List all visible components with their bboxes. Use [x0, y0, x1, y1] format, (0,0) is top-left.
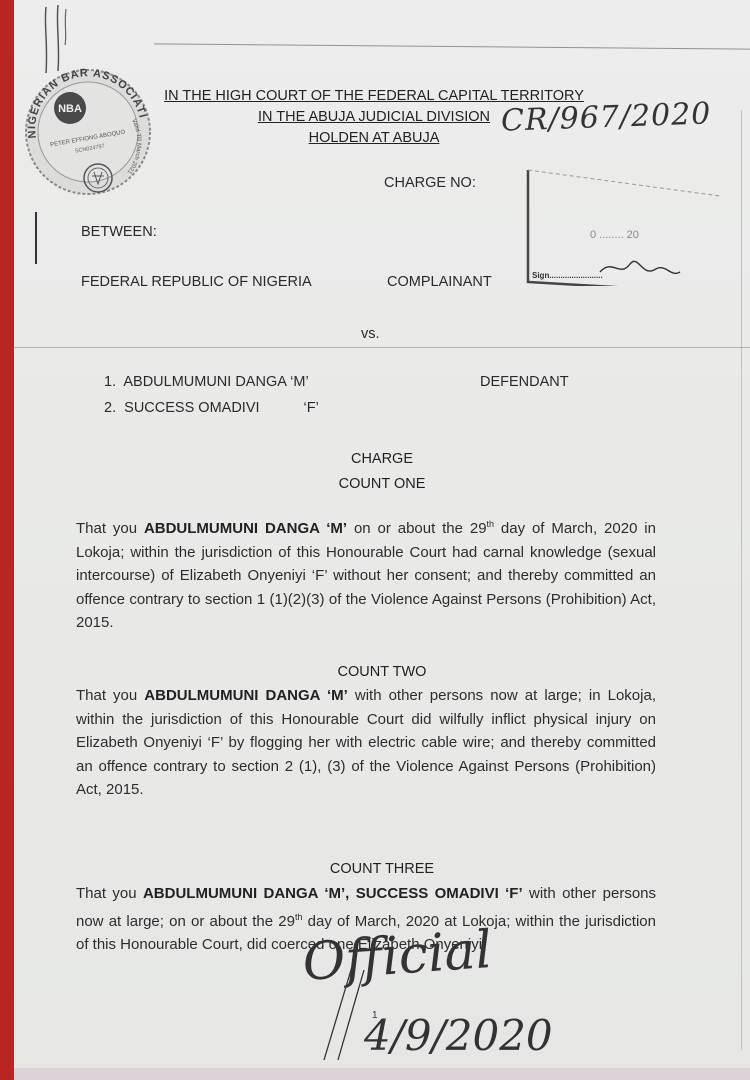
- svg-text:NBA: NBA: [58, 103, 82, 115]
- charge-no-label: CHARGE NO:: [384, 175, 476, 191]
- between-label: BETWEEN:: [81, 224, 157, 240]
- handwritten-official-note: Official 4/9/2020: [294, 920, 614, 1070]
- page-edge: [741, 110, 742, 1050]
- count-title: COUNT ONE: [14, 476, 750, 492]
- defendant-item: 1. ABDULMUMUNI DANGA ‘M’: [104, 374, 309, 390]
- margin-mark: [35, 212, 37, 264]
- svg-text:Official: Official: [301, 920, 494, 993]
- svg-text:4/9/2020: 4/9/2020: [363, 1011, 553, 1060]
- defendant-name: SUCCESS OMADIVI: [124, 400, 259, 416]
- court-heading: IN THE HIGH COURT OF THE FEDERAL CAPITAL…: [154, 88, 594, 104]
- registry-stamp: 0 ........ 20 Sign......................…: [520, 166, 730, 286]
- count-paragraph: That you ABDULMUMUNI DANGA ‘M’ on or abo…: [76, 513, 656, 635]
- defendant-number: 1.: [104, 374, 116, 390]
- charge-title: CHARGE: [14, 451, 750, 467]
- defendant-gender: ‘M’: [290, 374, 309, 390]
- svg-text:Sign........................: Sign........................: [532, 271, 603, 280]
- complainant-name: FEDERAL REPUBLIC OF NIGERIA: [81, 274, 312, 290]
- complainant-label: COMPLAINANT: [387, 274, 492, 290]
- svg-text:0 ........ 20: 0 ........ 20: [590, 229, 639, 241]
- defendant-label: DEFENDANT: [480, 374, 569, 390]
- count-paragraph: That you ABDULMUMUNI DANGA ‘M’ with othe…: [76, 684, 656, 802]
- fold-line: [14, 347, 750, 348]
- fold-line: [154, 43, 750, 49]
- handwritten-charge-number: CR/967/2020: [500, 96, 711, 138]
- defendant-item: 2. SUCCESS OMADIVI ‘F’: [104, 400, 319, 416]
- versus-label: vs.: [361, 326, 380, 342]
- page-edge: [14, 1068, 750, 1080]
- count-title: COUNT TWO: [14, 664, 750, 680]
- defendant-number: 2.: [104, 400, 116, 416]
- count-title: COUNT THREE: [14, 861, 750, 877]
- document-page: NIGERIAN BAR ASSOCIATION Valid Till Marc…: [14, 0, 750, 1080]
- defendant-gender: ‘F’: [304, 400, 319, 416]
- nba-seal-stamp: NIGERIAN BAR ASSOCIATION Valid Till Marc…: [18, 60, 154, 196]
- page-number: 1: [372, 1010, 378, 1021]
- defendant-name: ABDULMUMUNI DANGA: [123, 374, 286, 390]
